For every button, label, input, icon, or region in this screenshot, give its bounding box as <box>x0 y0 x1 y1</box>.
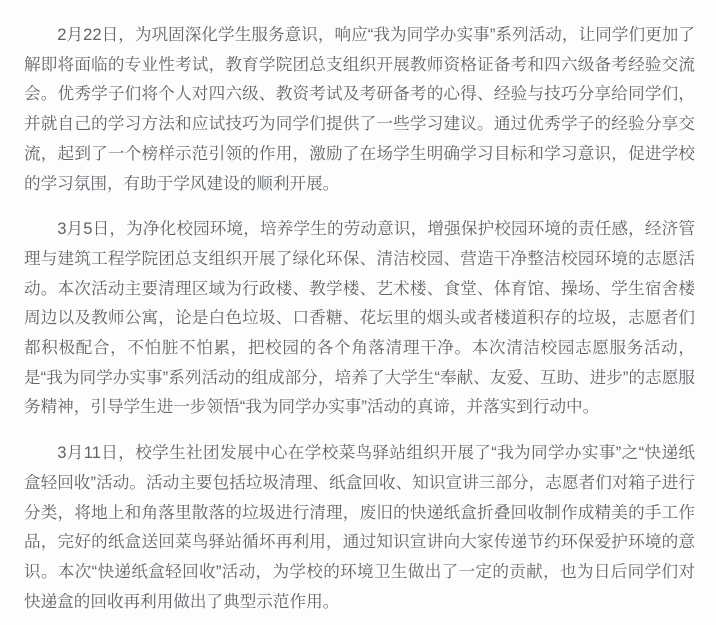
article-page: 2月22日，为巩固深化学生服务意识，响应“我为同学办实事”系列活动，让同学们更加… <box>0 0 716 625</box>
article-body: 2月22日，为巩固深化学生服务意识，响应“我为同学办实事”系列活动，让同学们更加… <box>24 20 695 616</box>
paragraph-mar11-box-recycle: 3月11日，校学生社团发展中心在学校菜鸟驿站组织开展了“我为同学办实事”之“快递… <box>24 438 695 616</box>
paragraph-feb22-exam-exchange: 2月22日，为巩固深化学生服务意识，响应“我为同学办实事”系列活动，让同学们更加… <box>24 20 695 198</box>
paragraph-mar5-campus-cleanup: 3月5日，为净化校园环境，培养学生的劳动意识，增强保护校园环境的责任感，经济管理… <box>24 214 695 422</box>
